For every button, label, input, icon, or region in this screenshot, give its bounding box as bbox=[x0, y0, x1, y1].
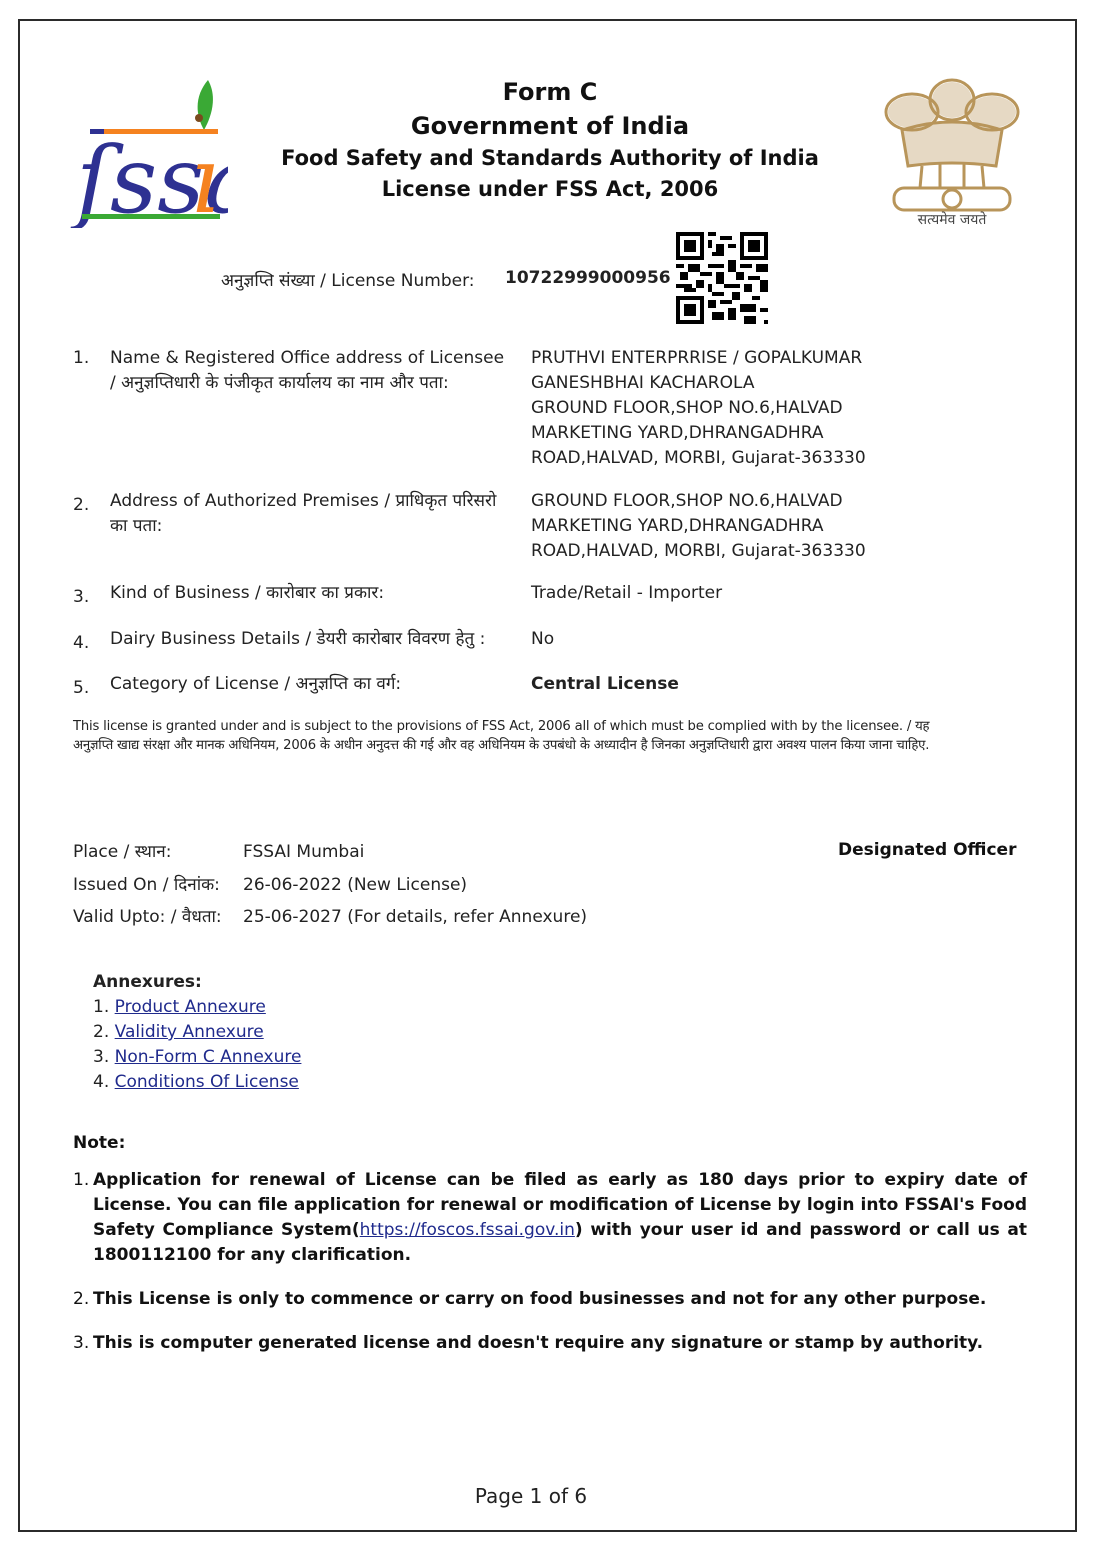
detail-index: 4. bbox=[73, 631, 103, 656]
detail-label: Dairy Business Details / डेयरी कारोबार व… bbox=[110, 627, 510, 652]
note-number: 3. bbox=[73, 1331, 89, 1356]
non-form-c-annexure-link[interactable]: Non-Form C Annexure bbox=[115, 1047, 302, 1067]
annexure-item: 1. Product Annexure bbox=[93, 995, 301, 1020]
annexure-number: 2. bbox=[93, 1022, 109, 1042]
annexures-heading: Annexures: bbox=[93, 970, 301, 995]
place-label: Place / स्थान: bbox=[73, 836, 171, 868]
detail-index: 1. bbox=[73, 346, 103, 371]
detail-value: GROUND FLOOR,SHOP NO.6,HALVAD MARKETING … bbox=[531, 489, 911, 564]
document-title: Form C Government of India Food Safety a… bbox=[250, 74, 850, 204]
detail-value: Central License bbox=[531, 672, 911, 697]
place-value: FSSAI Mumbai bbox=[243, 836, 364, 868]
detail-label: Category of License / अनुज्ञप्ति का वर्ग… bbox=[110, 672, 510, 697]
detail-index: 2. bbox=[73, 493, 103, 518]
annexure-item: 4. Conditions Of License bbox=[93, 1070, 301, 1095]
note-text: This License is only to commence or carr… bbox=[93, 1287, 1027, 1312]
form-title: Form C bbox=[250, 74, 850, 110]
government-title: Government of India bbox=[250, 110, 850, 142]
issued-label: Issued On / दिनांक: bbox=[73, 869, 220, 901]
grant-statement: This license is granted under and is sub… bbox=[73, 717, 943, 755]
note-heading: Note: bbox=[73, 1133, 125, 1153]
detail-index: 5. bbox=[73, 676, 103, 701]
product-annexure-link[interactable]: Product Annexure bbox=[115, 997, 266, 1017]
annexure-number: 4. bbox=[93, 1072, 109, 1092]
detail-value: No bbox=[531, 627, 911, 652]
svg-text:सत्यमेव जयते: सत्यमेव जयते bbox=[918, 211, 988, 228]
detail-value: Trade/Retail - Importer bbox=[531, 581, 911, 606]
valid-value: 25-06-2027 (For details, refer Annexure) bbox=[243, 901, 587, 933]
validity-annexure-link[interactable]: Validity Annexure bbox=[115, 1022, 264, 1042]
valid-label: Valid Upto: / वैधता: bbox=[73, 901, 222, 933]
annexure-item: 3. Non-Form C Annexure bbox=[93, 1045, 301, 1070]
national-emblem-icon: सत्यमेव जयते bbox=[872, 70, 1032, 230]
license-number-row: अनुज्ञप्ति संख्या / License Number: 1072… bbox=[221, 268, 475, 291]
annexure-number: 3. bbox=[93, 1047, 109, 1067]
issued-value: 26-06-2022 (New License) bbox=[243, 869, 467, 901]
detail-value: PRUTHVI ENTERPRRISE / GOPALKUMAR GANESHB… bbox=[531, 346, 911, 471]
note-item: 3. This is computer generated license an… bbox=[73, 1331, 1027, 1356]
page-indicator: Page 1 of 6 bbox=[0, 1484, 1062, 1508]
detail-label: Name & Registered Office address of Lice… bbox=[110, 346, 510, 396]
conditions-of-license-link[interactable]: Conditions Of License bbox=[115, 1072, 299, 1092]
authority-title: Food Safety and Standards Authority of I… bbox=[250, 142, 850, 174]
designated-officer: Designated Officer bbox=[838, 840, 1016, 860]
foscos-link[interactable]: https://foscos.fssai.gov.in bbox=[360, 1220, 575, 1240]
act-title: License under FSS Act, 2006 bbox=[250, 174, 850, 204]
svg-text:ı: ı bbox=[190, 127, 219, 228]
note-number: 2. bbox=[73, 1287, 89, 1312]
license-number-value: 10722999000956 bbox=[505, 268, 671, 288]
note-item: 1. Application for renewal of License ca… bbox=[73, 1168, 1027, 1268]
annexure-number: 1. bbox=[93, 997, 109, 1017]
annexure-item: 2. Validity Annexure bbox=[93, 1020, 301, 1045]
license-number-label: अनुज्ञप्ति संख्या / License Number: bbox=[221, 271, 475, 291]
qr-code-icon bbox=[676, 232, 768, 324]
note-text: This is computer generated license and d… bbox=[93, 1331, 1027, 1356]
detail-index: 3. bbox=[73, 585, 103, 610]
note-item: 2. This License is only to commence or c… bbox=[73, 1287, 1027, 1312]
note-number: 1. bbox=[73, 1168, 89, 1193]
detail-label: Address of Authorized Premises / प्राधिक… bbox=[110, 489, 510, 539]
fssai-logo-icon: ſssa ı bbox=[68, 72, 228, 228]
detail-label: Kind of Business / कारोबार का प्रकार: bbox=[110, 581, 510, 606]
annexures-list: Annexures: 1. Product Annexure 2. Validi… bbox=[93, 970, 301, 1095]
